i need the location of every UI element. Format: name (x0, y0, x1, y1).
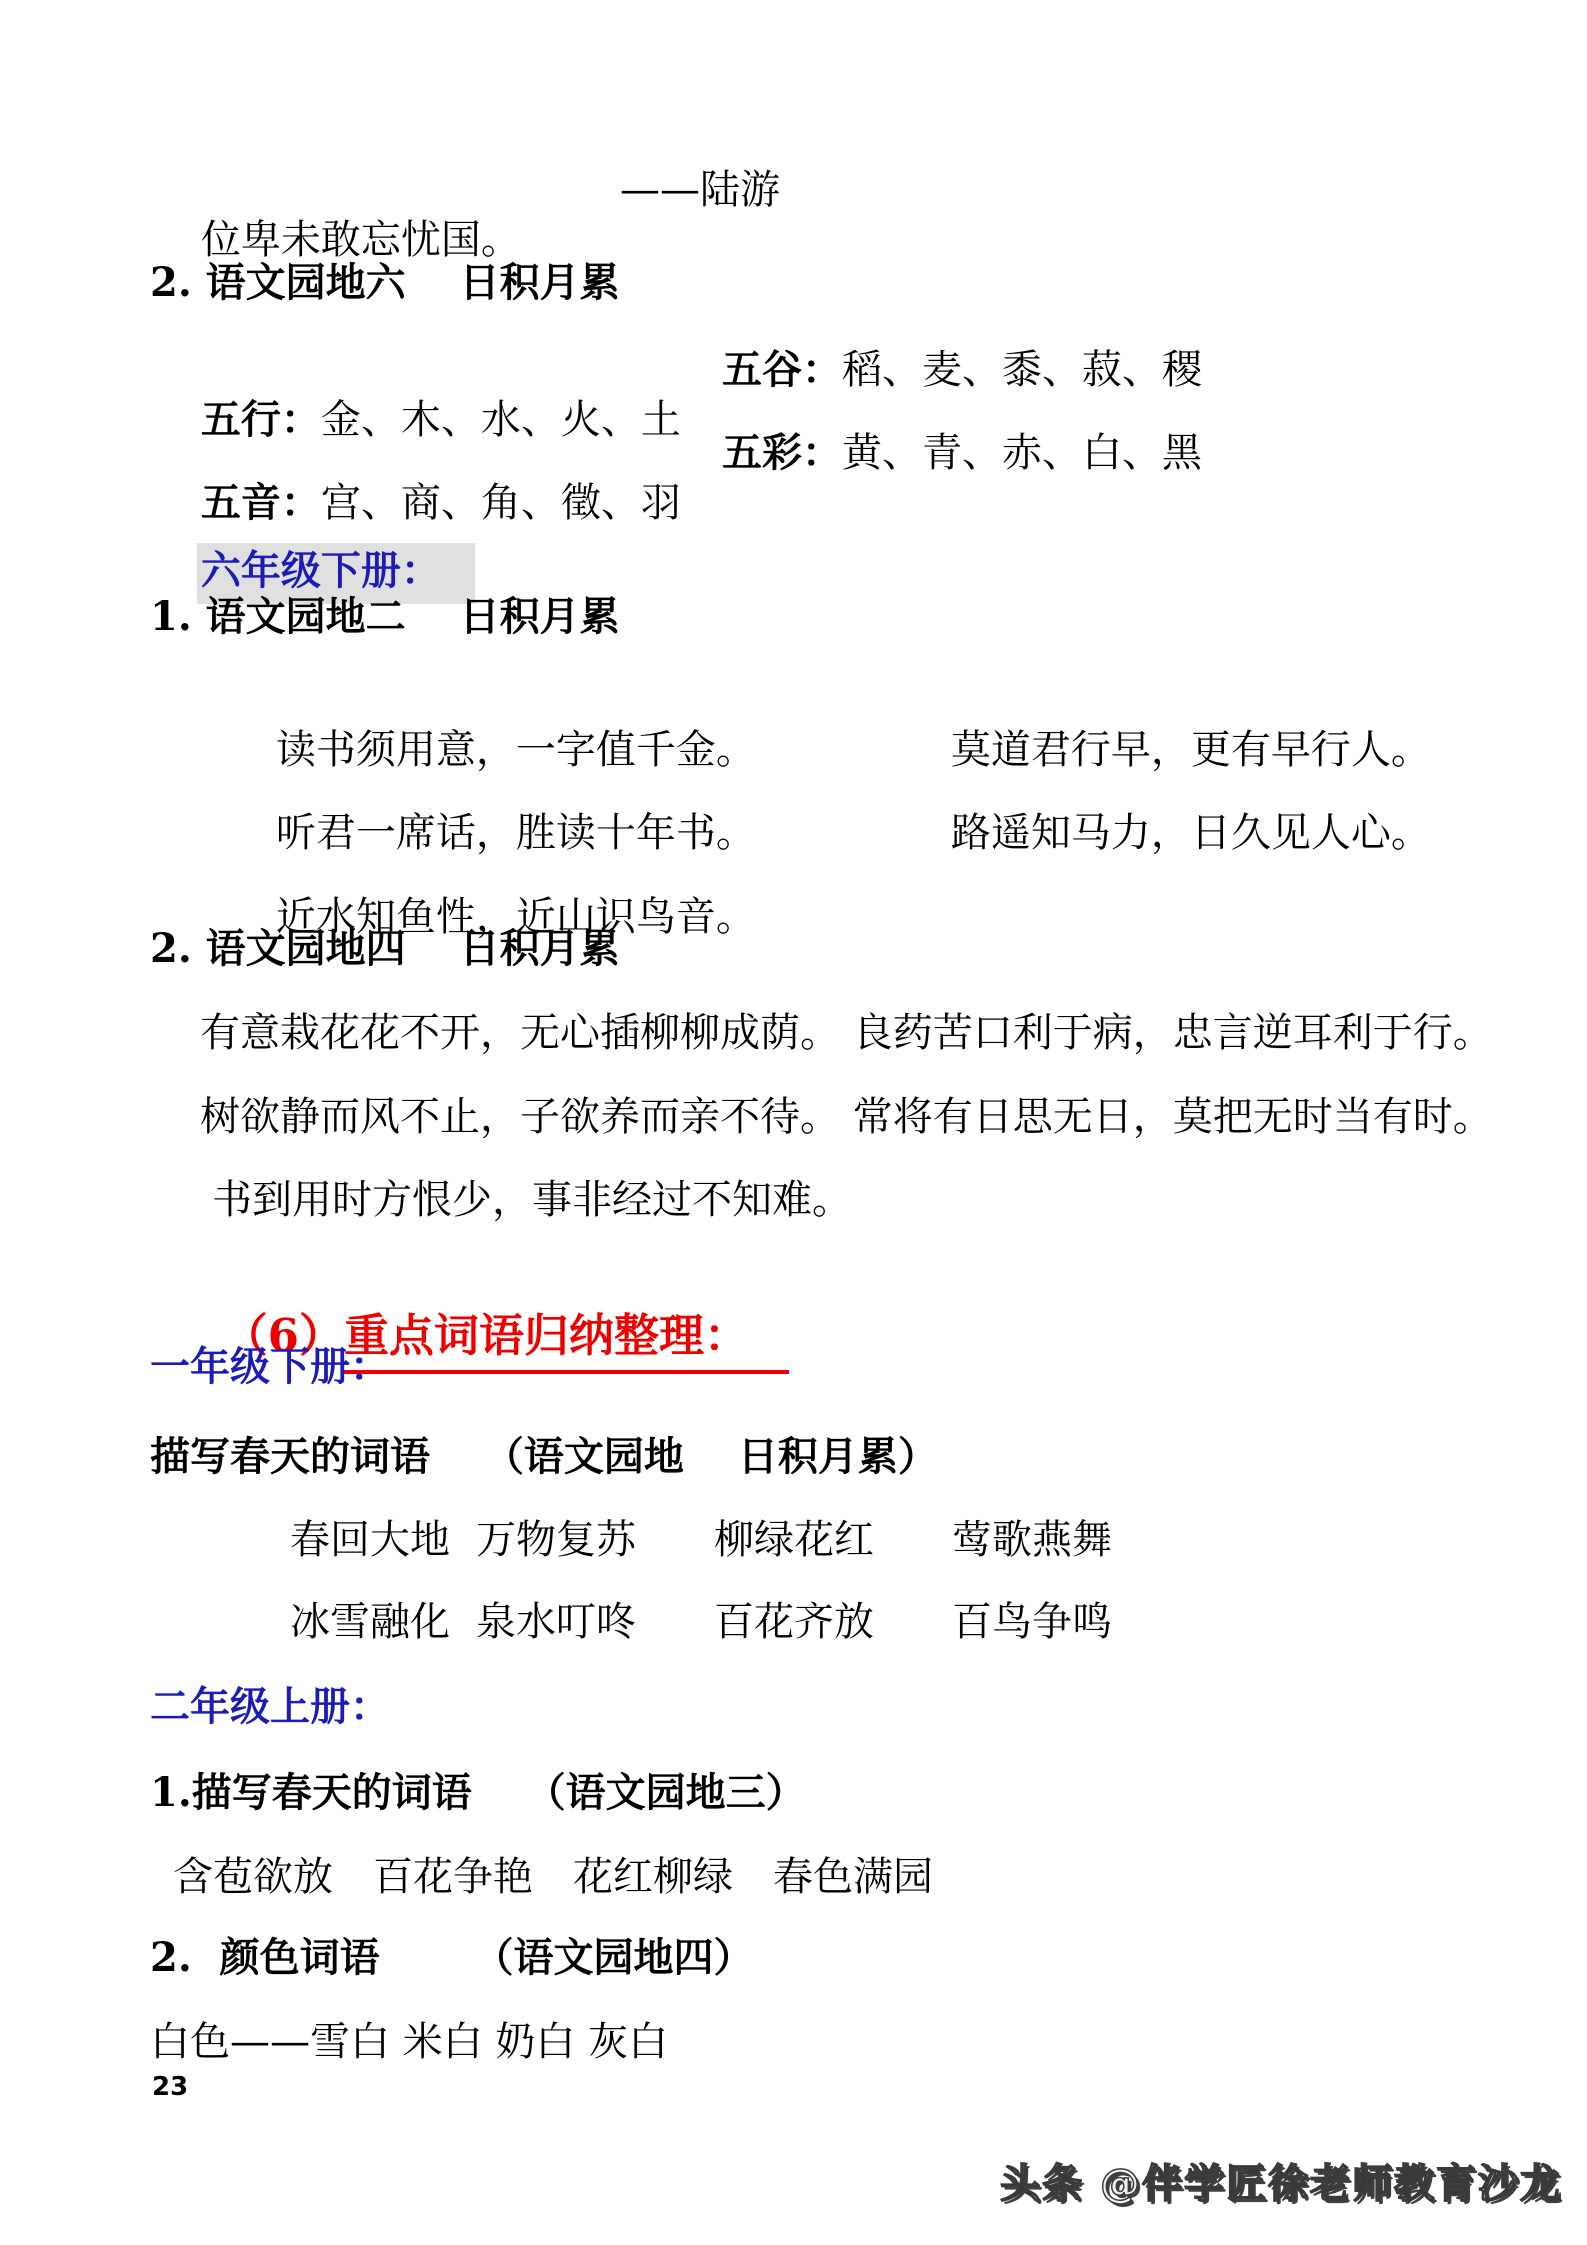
word: 万物复苏 (476, 1515, 714, 1565)
document-page: 位卑未敢忘忧国。 ——陆游 2. 语文园地六 日积月累 五行：金、木、水、火、土… (0, 0, 1587, 2245)
word: 莺歌燕舞 (952, 1515, 1112, 1565)
garden4-line-2: 树欲静而风不止，子欲养而亲不待。 常将有日思无日，莫把无时当有时。 (200, 1092, 1493, 1142)
quote-text: 位卑未敢忘忧国。 (201, 217, 521, 263)
watermark: 头条 @伴学匠徐老师教育沙龙 (1000, 2152, 1562, 2209)
five-colors-label: 五彩： (722, 429, 842, 476)
page-number: 23 (152, 2072, 188, 2102)
spring-words-row-2: 冰雪融化 泉水叮咚 百花齐放 百鸟争鸣 (150, 1597, 1112, 1647)
grade1-vol2-subheading: 描写春天的词语 （语文园地 日积月累） (150, 1432, 938, 1482)
garden6-heading: 2. 语文园地六 日积月累 (150, 258, 620, 308)
spring-words-row-1: 春回大地 万物复苏 柳绿花红 莺歌燕舞 (150, 1515, 1112, 1565)
grade2-vol1-heading: 二年级上册： (150, 1682, 390, 1732)
word: 泉水叮咚 (476, 1597, 714, 1647)
five-colors-items: 黄、青、赤、白、黑 (842, 430, 1202, 476)
word: 冰雪融化 (290, 1597, 476, 1647)
grade1-vol2-heading: 一年级下册： (150, 1342, 390, 1392)
grade2-item2-words: 白色——雪白 米白 奶白 灰白 (150, 2017, 668, 2067)
grade2-item2-heading: 2. 颜色词语 （语文园地四） (150, 1933, 754, 1983)
garden4-heading: 2. 语文园地四 日积月累 (150, 924, 620, 974)
word: 百花齐放 (714, 1597, 952, 1647)
word: 百鸟争鸣 (952, 1597, 1112, 1647)
garden4-line-1: 有意栽花花不开，无心插柳柳成荫。 良药苦口利于病，忠言逆耳利于行。 (200, 1008, 1493, 1058)
proverb-right: 路遥知马力，日久见人心。 (951, 810, 1431, 856)
garden4-line-3: 书到用时方恨少，事非经过不知难。 (212, 1175, 852, 1225)
quote-author: ——陆游 (620, 165, 780, 215)
word: 柳绿花红 (714, 1515, 952, 1565)
five-grains-items: 稻、麦、黍、菽、稷 (842, 347, 1202, 393)
grade2-item1-words: 含苞欲放 百花争艳 花红柳绿 春色满园 (173, 1852, 933, 1902)
five-grains-label: 五谷： (722, 346, 842, 393)
section-title: 重点词语归纳整理： (344, 1309, 789, 1374)
word: 春回大地 (290, 1515, 476, 1565)
key-words-section-heading: （6）重点词语归纳整理： (160, 1252, 789, 1421)
grade2-item1-heading: 1.描写春天的词语 （语文园地三） (150, 1768, 806, 1818)
garden2-heading: 1. 语文园地二 日积月累 (150, 592, 620, 642)
